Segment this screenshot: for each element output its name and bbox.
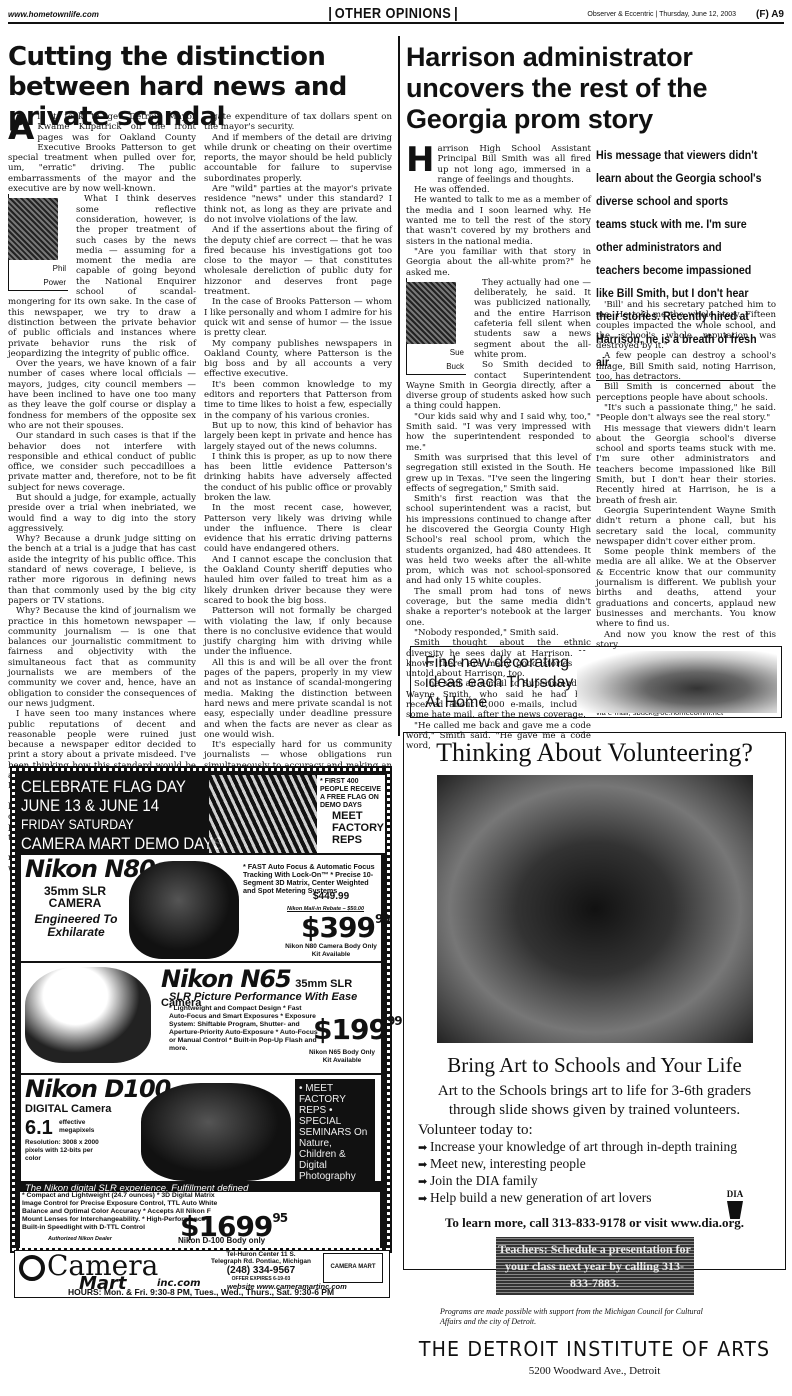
- article-left-col1: All it took to get Detroit Mayor Kwame K…: [8, 112, 196, 874]
- promo-text: * FIRST 400 PEOPLE RECEIVE A FREE FLAG O…: [320, 778, 382, 810]
- paragraph: Why? Because a drunk judge sitting on th…: [8, 534, 196, 606]
- d100-name: Nikon D100: [25, 1075, 170, 1103]
- dia-ad-body: Art to the Schools brings art to life fo…: [404, 1082, 785, 1120]
- n80-price: $399: [301, 911, 375, 944]
- paragraph: All this is and will be all over the fro…: [204, 658, 392, 740]
- article-right-headline: Harrison administrator uncovers the rest…: [406, 42, 791, 135]
- paragraph: gate expenditure of tax dollars spent on…: [204, 112, 392, 133]
- promo-headline: MEET FACTORY REPS: [320, 810, 382, 846]
- paragraph: Are "wild" parties at the mayor's privat…: [204, 184, 392, 225]
- dia-ad-title: Thinking About Volunteering?: [404, 737, 785, 769]
- page-number: (F) A9: [756, 9, 784, 20]
- store-address-block: Tel-Huron Center 11 S. Telegraph Rd. Pon…: [211, 1251, 311, 1283]
- dia-logo: DIA: [723, 1189, 747, 1219]
- n65-price: $199: [313, 1013, 387, 1046]
- banner-line: CELEBRATE FLAG DAY: [21, 777, 223, 796]
- paragraph: Smith's first reaction was that the scho…: [406, 494, 591, 587]
- drop-cap: H: [406, 145, 434, 175]
- paragraph: A few people can destroy a school's imag…: [596, 351, 776, 382]
- banner-line: JUNE 13 & JUNE 14: [21, 796, 223, 815]
- n80-camera-image: [129, 861, 239, 959]
- d100-type: DIGITAL Camera: [25, 1103, 111, 1115]
- d100-note: Nikon D-100 Body only: [178, 1236, 265, 1245]
- d100-cents: 95: [272, 1211, 287, 1225]
- n65-camera-image: [25, 967, 151, 1063]
- paragraph: 'Bill' and his secretary patched him to …: [596, 300, 776, 351]
- paragraph: And if the assertions about the firing o…: [204, 225, 392, 297]
- store-hours: HOURS: Mon. & Fri. 9:30-8 PM, Tues., Wed…: [19, 1287, 383, 1297]
- paragraph: In the case of Brooks Patterson — whom I…: [204, 297, 392, 338]
- n80-features: * FAST Auto Focus & Automatic Focus Trac…: [243, 863, 379, 895]
- camera-mart-store-info: Camera Mart inc.com Tel-Huron Center 11 …: [14, 1250, 390, 1298]
- author-photo: SueBuck: [406, 278, 466, 375]
- n80-note: Nikon N80 Camera Body Only: [281, 943, 381, 951]
- banner-line: FRIDAY SATURDAY: [21, 815, 223, 834]
- dia-logo-text: DIA: [727, 1189, 744, 1199]
- at-home-ad[interactable]: Find new decorating ideas each Thursday …: [410, 646, 782, 718]
- n65-kit: Kit Available: [303, 1057, 381, 1065]
- dia-cup-icon: [727, 1201, 743, 1219]
- dia-org-name: THE DETROIT INSTITUTE OF ARTS: [414, 1337, 776, 1361]
- teachers-box: Teachers: Schedule a presentation for yo…: [496, 1237, 694, 1295]
- n65-cents: 99: [387, 1014, 402, 1028]
- d100-panel: Nikon D100 DIGITAL Camera 6.1 effective …: [21, 1075, 381, 1181]
- n65-tagline: SLR Picture Performance With Ease: [169, 991, 357, 1003]
- paragraph: Harrison High School Assistant Principal…: [406, 144, 591, 185]
- paragraph: My company publishes newspapers in Oakla…: [204, 339, 392, 380]
- n65-features: * Lightweight and Compact Design * Fast …: [169, 1005, 319, 1053]
- camera-lens-icon: [19, 1255, 45, 1281]
- child-artwork-photo: [437, 775, 753, 1043]
- author-last-name: Power: [9, 276, 66, 290]
- dia-volunteer-ad[interactable]: Thinking About Volunteering? Bring Art t…: [403, 732, 786, 1270]
- paragraph: Our standard in such cases is that if th…: [8, 431, 196, 493]
- flags-icon: [209, 775, 319, 853]
- paragraph: In the most recent case, however, Patter…: [204, 503, 392, 554]
- paragraph: And if members of the detail are driving…: [204, 133, 392, 184]
- d100-camera-image: [141, 1083, 291, 1181]
- section-title: OTHER OPINIONS: [329, 7, 457, 21]
- paragraph: Patterson will not formally be charged w…: [204, 606, 392, 657]
- paragraph: Over the years, we have known of a fair …: [8, 359, 196, 431]
- paragraph: But up to now, this kind of behavior has…: [204, 421, 392, 452]
- dateline: Observer & Eccentric | Thursday, June 12…: [468, 11, 756, 18]
- paragraph: Some people think members of the media a…: [596, 547, 776, 629]
- paragraph: His message that viewers didn't learn ab…: [596, 424, 776, 506]
- camera-mart-ad[interactable]: CELEBRATE FLAG DAY JUNE 13 & JUNE 14 FRI…: [12, 768, 390, 1251]
- n80-tagline: Engineered To Exhilarate: [31, 913, 121, 939]
- n80-panel: Nikon N80 35mm SLR CAMERA Engineered To …: [21, 855, 381, 961]
- paragraph: All it took to get Detroit Mayor Kwame K…: [8, 112, 196, 194]
- dia-address: 5200 Woodward Ave., Detroit: [404, 1365, 785, 1377]
- author-last-name: Buck: [407, 360, 464, 374]
- dealer-badge: Authorized Nikon Dealer: [48, 1236, 112, 1242]
- n80-kit: Kit Available: [281, 951, 381, 959]
- d100-mp-label: effective megapixels: [59, 1119, 109, 1135]
- map-label: CAMERA MART: [330, 1264, 375, 1270]
- promo-box: * FIRST 400 PEOPLE RECEIVE A FREE FLAG O…: [317, 775, 385, 853]
- paragraph: The small prom had tons of news coverage…: [406, 587, 591, 628]
- masthead: www.hometownlife.com OTHER OPINIONS Obse…: [8, 6, 784, 24]
- benefit-item: Increase your knowledge of art through i…: [418, 1139, 785, 1156]
- paragraph: "Our kids said why and I said why, too,"…: [406, 412, 591, 453]
- paragraph: Smith was surprised that this level of s…: [406, 453, 591, 494]
- author-headshot: [8, 198, 58, 260]
- benefit-item: Join the DIA family: [418, 1173, 785, 1190]
- site-url[interactable]: www.hometownlife.com: [8, 10, 318, 19]
- volunteer-intro: Volunteer today to:: [404, 1122, 785, 1139]
- paragraph: "Nobody responded," Smith said.: [406, 628, 591, 638]
- flag-day-banner: CELEBRATE FLAG DAY JUNE 13 & JUNE 14 FRI…: [17, 773, 387, 853]
- paintbrush-image: [577, 651, 777, 713]
- store-map: CAMERA MART: [323, 1253, 383, 1283]
- drop-cap: A: [8, 113, 34, 143]
- n80-type: 35mm SLR CAMERA: [35, 885, 115, 909]
- paragraph: I think this is proper, as up to now the…: [204, 452, 392, 503]
- paragraph: "Are you familiar with that story in Geo…: [406, 247, 591, 278]
- author-photo: PhilPower: [8, 194, 68, 291]
- paragraph: He was offended.: [406, 185, 591, 195]
- n80-list-price: $449.99: [313, 893, 349, 901]
- paragraph: And I cannot escape the conclusion that …: [204, 555, 392, 606]
- paragraph: Georgia Superintendent Wayne Smith didn'…: [596, 506, 776, 547]
- paragraph: It's been common knowledge to my editors…: [204, 380, 392, 421]
- paragraph: But should a judge, for example, actuall…: [8, 493, 196, 534]
- article-left-col2: gate expenditure of tax dollars spent on…: [204, 112, 392, 850]
- n65-note: Nikon N65 Body Only: [303, 1049, 381, 1057]
- support-credit: Programs are made possible with support …: [404, 1307, 704, 1327]
- paragraph: He wanted to talk to me as a member of t…: [406, 195, 591, 246]
- n80-cents: 99: [375, 912, 390, 926]
- n65-panel: Nikon N65 35mm SLR Camera SLR Picture Pe…: [21, 963, 381, 1073]
- author-headshot: [406, 282, 456, 344]
- dia-ad-subtitle: Bring Art to Schools and Your Life: [404, 1053, 785, 1078]
- d100-resolution: Resolution: 3008 x 2000 pixels with 12-b…: [25, 1139, 105, 1163]
- store-address: Tel-Huron Center 11 S. Telegraph Rd. Pon…: [211, 1251, 311, 1265]
- paragraph: Bill Smith is concerned about the percep…: [596, 382, 776, 403]
- d100-detail-panel: * Compact and Lightweight (24.7 ounces) …: [20, 1192, 380, 1248]
- paragraph: "It's such a passionate thing," he said.…: [596, 403, 776, 424]
- benefit-item: Meet new, interesting people: [418, 1156, 785, 1173]
- column-divider: [398, 36, 400, 736]
- d100-megapixels: 6.1: [25, 1117, 53, 1140]
- at-home-ad-text: Find new decorating ideas each Thursday …: [425, 653, 595, 713]
- store-phone[interactable]: (248) 334-9567: [211, 1265, 311, 1276]
- banner-line: CAMERA MART DEMO DAYS: [21, 834, 223, 853]
- n65-name: Nikon N65: [161, 965, 291, 993]
- paragraph: Why? Because the kind of journalism we p…: [8, 606, 196, 709]
